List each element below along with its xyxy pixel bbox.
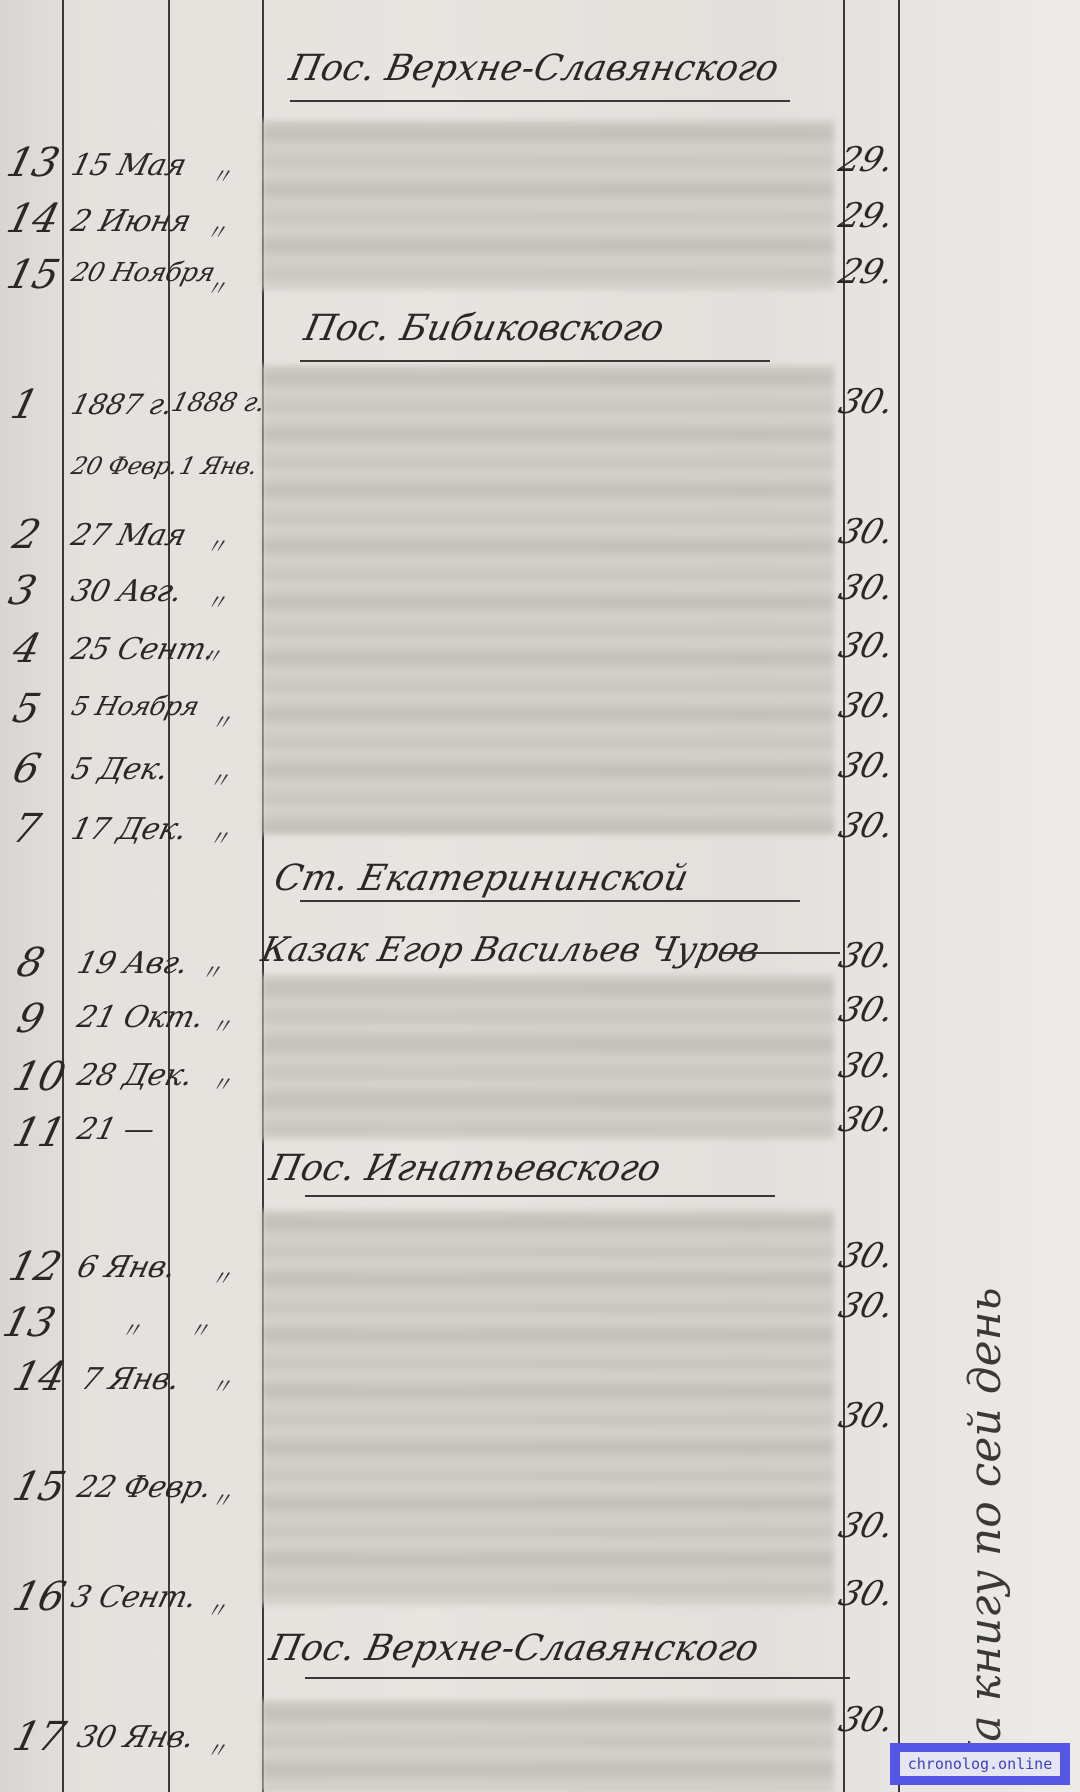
entry-date: 5 Дек. xyxy=(68,752,172,787)
entry-number: 14 xyxy=(8,1354,69,1400)
section-header: Пос. Верхне-Славянского xyxy=(286,48,783,89)
header-underline xyxy=(305,1195,775,1197)
entry-underline xyxy=(720,952,840,954)
entry-amount: 30. xyxy=(834,382,898,422)
entry-number: 3 xyxy=(4,568,40,614)
entry-amount: 30. xyxy=(834,568,898,608)
entry-col3: 〃 xyxy=(205,530,227,561)
entry-amount: 29. xyxy=(834,196,898,236)
entry-amount: 29. xyxy=(834,140,898,180)
entry-col3: 〃 xyxy=(205,586,227,617)
entry-amount: 30. xyxy=(834,1506,898,1546)
entry-date: 22 Февр. xyxy=(74,1470,215,1505)
entry-number: 1 xyxy=(6,382,42,428)
redacted-region xyxy=(262,975,834,1140)
entry-amount: 30. xyxy=(834,806,898,846)
entry-number: 13 xyxy=(2,140,63,186)
entry-col3: 〃 xyxy=(210,706,232,737)
entry-col3: 〃 xyxy=(210,160,232,191)
entry-number: 7 xyxy=(8,806,44,852)
entry-amount: 30. xyxy=(834,626,898,666)
entry-date: 25 Сент. xyxy=(68,632,219,667)
entry-number: 9 xyxy=(12,996,48,1042)
entry-amount: 30. xyxy=(834,1100,898,1140)
entry-number: 16 xyxy=(8,1574,69,1620)
entry-date: 2 Июня xyxy=(68,204,195,239)
entry-date: 21 — xyxy=(74,1112,158,1147)
entry-amount: 30. xyxy=(834,686,898,726)
entry-date: 20 Ноября xyxy=(68,258,218,288)
entry-number: 10 xyxy=(8,1054,69,1100)
column-rule xyxy=(898,0,900,1792)
entry-date: 20 Февр. xyxy=(69,452,181,480)
section-header: Пос. Бибиковского xyxy=(301,308,668,349)
entry-amount: 30. xyxy=(834,512,898,552)
entry-number: 17 xyxy=(8,1714,69,1760)
entry-col3: 〃 xyxy=(210,1068,232,1099)
entry-col3: 〃 xyxy=(205,1734,227,1765)
entry-number: 2 xyxy=(8,512,44,558)
redacted-region xyxy=(262,1700,834,1792)
entry-col3: 〃 xyxy=(210,1370,232,1401)
entry-number: 8 xyxy=(12,940,48,986)
entry-col3: 1888 г. xyxy=(168,388,268,418)
ledger-page: Пос. Верхне-Славянского Пос. Бибиковског… xyxy=(0,0,1080,1792)
header-underline xyxy=(300,900,800,902)
entry-date: 17 Дек. xyxy=(68,812,191,847)
entry-amount: 30. xyxy=(834,1286,898,1326)
column-rule xyxy=(62,0,64,1792)
entry-date: 30 Авг. xyxy=(68,574,186,609)
entry-date: 28 Дек. xyxy=(74,1058,197,1093)
entry-col3: 〃 xyxy=(210,1262,232,1293)
watermark-text: chronolog.online xyxy=(900,1752,1061,1776)
entry-number: 12 xyxy=(4,1244,65,1290)
entry-col3: 〃 xyxy=(210,1484,232,1515)
entry-number: 6 xyxy=(8,746,44,792)
entry-col3: 〃 xyxy=(205,272,227,303)
header-underline xyxy=(305,1677,850,1679)
entry-date: 21 Окт. xyxy=(74,1000,207,1035)
header-underline xyxy=(300,360,770,362)
entry-date: 5 Ноября xyxy=(68,692,202,722)
entry-number: 11 xyxy=(8,1110,69,1156)
entry-date: 30 Янв. xyxy=(74,1720,198,1755)
entry-amount: 30. xyxy=(834,1700,898,1740)
entry-number: 13 xyxy=(0,1300,60,1346)
entry-amount: 30. xyxy=(834,1396,898,1436)
entry-amount: 30. xyxy=(834,1046,898,1086)
entry-date: 〃 xyxy=(120,1314,142,1345)
entry-date: 7 Янв. xyxy=(78,1362,183,1397)
entry-col3: 〃 xyxy=(208,822,230,853)
entry-col3: 〃 xyxy=(188,1314,210,1345)
entry-number: 15 xyxy=(8,1464,69,1510)
header-underline xyxy=(290,100,790,102)
watermark: chronolog.online xyxy=(890,1743,1070,1785)
entry-col3: 1 Янв. xyxy=(177,452,261,480)
entry-date: 6 Янв. xyxy=(74,1250,179,1285)
entry-col3: 〃 xyxy=(205,216,227,247)
entry-number: 15 xyxy=(2,252,63,298)
entry-number: 4 xyxy=(8,626,44,672)
entry-date: 15 Мая xyxy=(68,148,190,183)
redacted-region xyxy=(262,1210,834,1605)
entry-col3: 〃 xyxy=(200,640,222,671)
entry-amount: 30. xyxy=(834,1236,898,1276)
margin-note: На книгу по сей день xyxy=(960,1287,1011,1780)
entry-name: Казак Егор Васильев Чуров xyxy=(258,930,763,970)
entry-col3: 〃 xyxy=(205,1594,227,1625)
entry-date: 1887 г. xyxy=(68,388,176,421)
redacted-region xyxy=(262,120,834,290)
entry-amount: 30. xyxy=(834,746,898,786)
entry-col3: 〃 xyxy=(200,956,222,987)
section-header: Ст. Екатерининской xyxy=(271,858,692,899)
entry-date: 3 Сент. xyxy=(68,1580,200,1615)
entry-amount: 30. xyxy=(834,936,898,976)
entry-amount: 30. xyxy=(834,1574,898,1614)
redacted-region xyxy=(262,365,834,835)
entry-amount: 29. xyxy=(834,252,898,292)
section-header: Пос. Игнатьевского xyxy=(266,1148,665,1189)
entry-col3: 〃 xyxy=(210,1010,232,1041)
entry-date: 19 Авг. xyxy=(74,946,192,981)
entry-date: 27 Мая xyxy=(68,518,190,553)
entry-amount: 30. xyxy=(834,990,898,1030)
entry-number: 14 xyxy=(2,196,63,242)
entry-number: 5 xyxy=(8,686,44,732)
section-header: Пос. Верхне-Славянского xyxy=(266,1628,763,1669)
entry-col3: 〃 xyxy=(208,764,230,795)
